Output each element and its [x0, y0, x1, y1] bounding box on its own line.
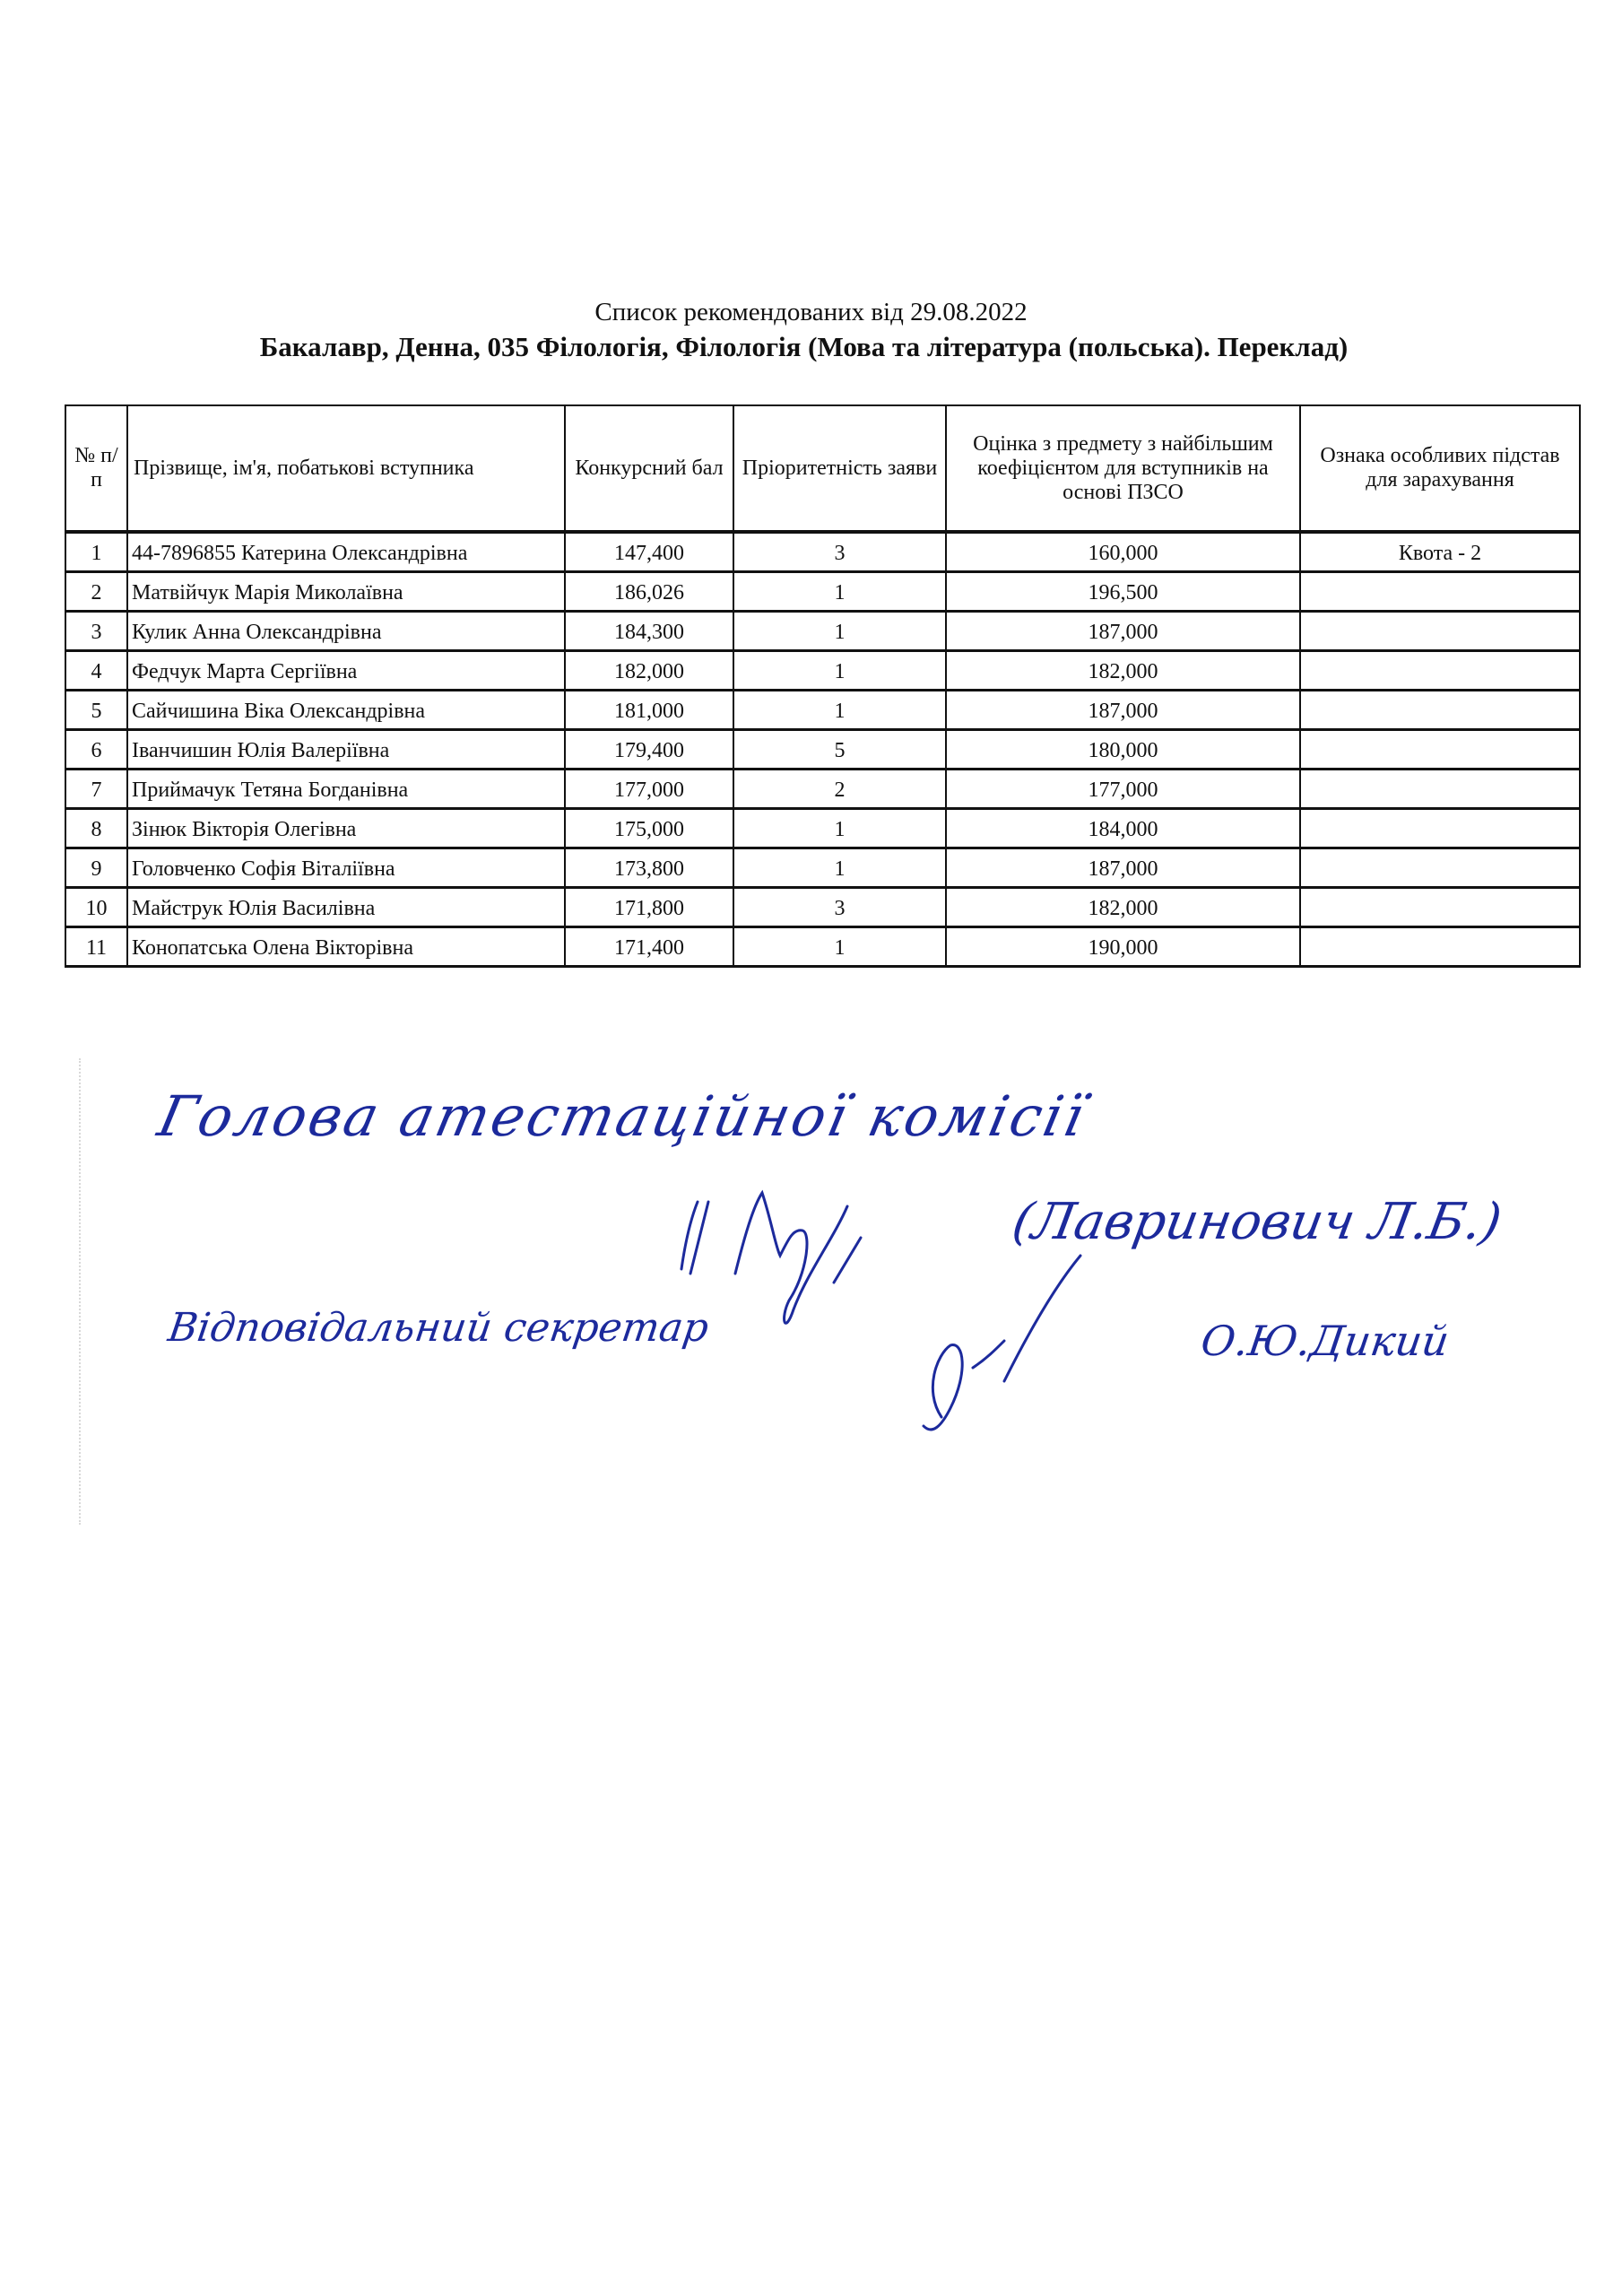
- application-priority: 1: [733, 848, 946, 888]
- subject-grade: 187,000: [946, 612, 1300, 651]
- application-priority: 5: [733, 730, 946, 770]
- secretary-label: Відповідальний секретар: [165, 1305, 711, 1351]
- special-grounds: [1300, 848, 1580, 888]
- secretary-signature-scribble: [924, 1256, 1080, 1430]
- subject-grade: 190,000: [946, 927, 1300, 967]
- competitive-score: 175,000: [565, 809, 733, 848]
- head-of-commission-name: (Лавринович Л.Б.): [1008, 1193, 1505, 1251]
- subject-grade: 187,000: [946, 848, 1300, 888]
- document-title: Список рекомендованих від 29.08.2022: [0, 296, 1622, 328]
- header-priority: Пріоритетність заяви: [733, 405, 946, 532]
- special-grounds: [1300, 651, 1580, 691]
- competitive-score: 173,800: [565, 848, 733, 888]
- applicant-name: Кулик Анна Олександрівна: [127, 612, 565, 651]
- special-grounds: [1300, 809, 1580, 848]
- application-priority: 1: [733, 612, 946, 651]
- applicant-name: Федчук Марта Сергіївна: [127, 651, 565, 691]
- special-grounds: [1300, 927, 1580, 967]
- subject-grade: 180,000: [946, 730, 1300, 770]
- table-row: 9Головченко Софія Віталіївна173,8001187,…: [65, 848, 1580, 888]
- competitive-score: 177,000: [565, 770, 733, 809]
- recommended-list-table: № п/п Прізвище, ім'я, побатькові вступни…: [65, 404, 1581, 968]
- table-row: 10Майструк Юлія Василівна171,8003182,000: [65, 888, 1580, 927]
- competitive-score: 181,000: [565, 691, 733, 730]
- row-number: 10: [65, 888, 127, 927]
- table-row: 11Конопатська Олена Вікторівна171,400119…: [65, 927, 1580, 967]
- header-subject-grade: Оцінка з предмету з найбільшим коефіцієн…: [946, 405, 1300, 532]
- table-row: 7Приймачук Тетяна Богданівна177,0002177,…: [65, 770, 1580, 809]
- table-row: 3Кулик Анна Олександрівна184,3001187,000: [65, 612, 1580, 651]
- table-row: 6Іванчишин Юлія Валеріївна179,4005180,00…: [65, 730, 1580, 770]
- application-priority: 3: [733, 532, 946, 572]
- applicant-name: Майструк Юлія Василівна: [127, 888, 565, 927]
- row-number: 8: [65, 809, 127, 848]
- special-grounds: [1300, 612, 1580, 651]
- subject-grade: 196,500: [946, 572, 1300, 612]
- row-number: 9: [65, 848, 127, 888]
- row-number: 2: [65, 572, 127, 612]
- header-score: Конкурсний бал: [565, 405, 733, 532]
- subject-grade: 182,000: [946, 888, 1300, 927]
- competitive-score: 182,000: [565, 651, 733, 691]
- document-subtitle: Бакалавр, Денна, 035 Філологія, Філологі…: [0, 330, 1615, 364]
- special-grounds: Квота - 2: [1300, 532, 1580, 572]
- row-number: 11: [65, 927, 127, 967]
- applicant-name: Матвійчук Марія Миколаївна: [127, 572, 565, 612]
- special-grounds: [1300, 572, 1580, 612]
- table-row: 8Зінюк Вікторія Олегівна175,0001184,000: [65, 809, 1580, 848]
- applicant-name: Конопатська Олена Вікторівна: [127, 927, 565, 967]
- table-row: 4Федчук Марта Сергіївна182,0001182,000: [65, 651, 1580, 691]
- application-priority: 1: [733, 572, 946, 612]
- applicant-name: Іванчишин Юлія Валеріївна: [127, 730, 565, 770]
- header-special-grounds: Ознака особливих підстав для зарахування: [1300, 405, 1580, 532]
- row-number: 4: [65, 651, 127, 691]
- competitive-score: 179,400: [565, 730, 733, 770]
- special-grounds: [1300, 691, 1580, 730]
- row-number: 6: [65, 730, 127, 770]
- row-number: 1: [65, 532, 127, 572]
- table-header-row: № п/п Прізвище, ім'я, побатькові вступни…: [65, 405, 1580, 532]
- table-row: 2Матвійчук Марія Миколаївна186,0261196,5…: [65, 572, 1580, 612]
- subject-grade: 182,000: [946, 651, 1300, 691]
- head-of-commission-label: Голова атестаційної комісії: [152, 1083, 1092, 1149]
- application-priority: 1: [733, 927, 946, 967]
- application-priority: 1: [733, 651, 946, 691]
- application-priority: 2: [733, 770, 946, 809]
- applicant-name: 44-7896855 Катерина Олександрівна: [127, 532, 565, 572]
- subject-grade: 184,000: [946, 809, 1300, 848]
- competitive-score: 147,400: [565, 532, 733, 572]
- header-name: Прізвище, ім'я, побатькові вступника: [127, 405, 565, 532]
- header-num: № п/п: [65, 405, 127, 532]
- table-row: 5Сайчишина Віка Олександрівна181,0001187…: [65, 691, 1580, 730]
- competitive-score: 171,800: [565, 888, 733, 927]
- table-row: 144-7896855 Катерина Олександрівна147,40…: [65, 532, 1580, 572]
- special-grounds: [1300, 888, 1580, 927]
- row-number: 5: [65, 691, 127, 730]
- application-priority: 1: [733, 809, 946, 848]
- competitive-score: 171,400: [565, 927, 733, 967]
- applicant-name: Зінюк Вікторія Олегівна: [127, 809, 565, 848]
- applicant-name: Головченко Софія Віталіївна: [127, 848, 565, 888]
- applicant-name: Сайчишина Віка Олександрівна: [127, 691, 565, 730]
- scan-artifact: [79, 1058, 84, 1525]
- head-signature-scribble: [681, 1193, 861, 1323]
- row-number: 7: [65, 770, 127, 809]
- competitive-score: 184,300: [565, 612, 733, 651]
- application-priority: 1: [733, 691, 946, 730]
- competitive-score: 186,026: [565, 572, 733, 612]
- applicant-name: Приймачук Тетяна Богданівна: [127, 770, 565, 809]
- special-grounds: [1300, 770, 1580, 809]
- subject-grade: 177,000: [946, 770, 1300, 809]
- subject-grade: 187,000: [946, 691, 1300, 730]
- application-priority: 3: [733, 888, 946, 927]
- secretary-name: О.Ю.Дикий: [1198, 1317, 1452, 1365]
- row-number: 3: [65, 612, 127, 651]
- subject-grade: 160,000: [946, 532, 1300, 572]
- special-grounds: [1300, 730, 1580, 770]
